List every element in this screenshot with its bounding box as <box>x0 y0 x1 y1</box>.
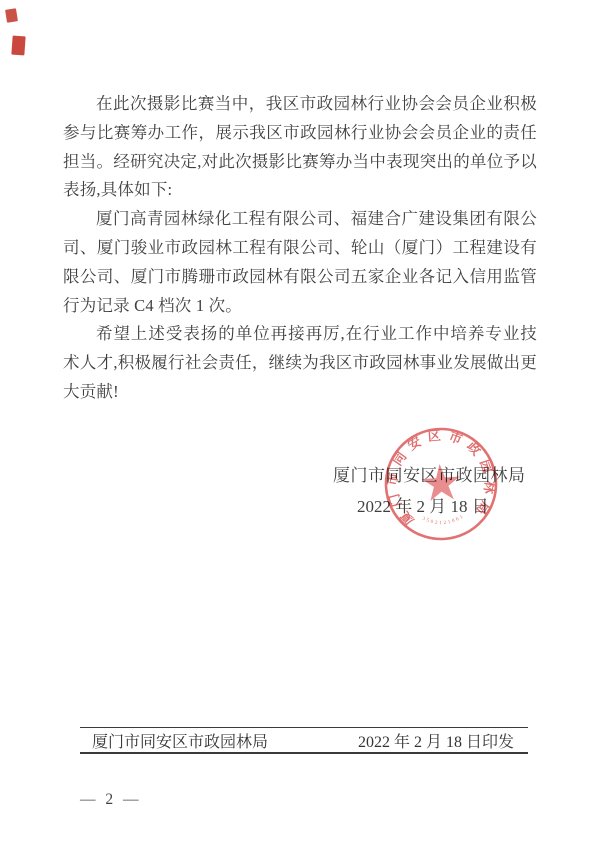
paragraph: 在此次摄影比赛当中，我区市政园林行业协会会员企业积极参与比赛筹办工作，展示我区市… <box>63 90 537 205</box>
text-line: 司、厦门骏业市政园林工程有限公司、轮山（厦门）工程建设有 <box>63 234 537 263</box>
red-ink-mark <box>11 36 25 56</box>
text-line: 在此次摄影比赛当中，我区市政园林行业协会会员企业积极 <box>63 90 537 119</box>
seal-star-icon <box>421 463 461 502</box>
text-line: 担当。经研究决定,对此次摄影比赛筹办当中表现突出的单位予以 <box>63 148 537 177</box>
text-line: 表扬,具体如下: <box>63 176 537 205</box>
svg-text:3502121861: 3502121861 <box>421 514 466 528</box>
text-line: 限公司、厦门市腾珊市政园林有限公司五家企业各记入信用监管 <box>63 263 537 292</box>
text-line: 行为记录 C4 档次 1 次。 <box>63 292 537 321</box>
text-line: 参与比赛筹办工作，展示我区市政园林行业协会会员企业的责任 <box>63 119 537 148</box>
official-seal: 厦门市同安区市政园林局 3502121861 <box>377 420 505 548</box>
footer-issue-date: 2022 年 2 月 18 日印发 <box>358 729 514 752</box>
text-line: 大贡献! <box>63 378 537 407</box>
text-line: 希望上述受表扬的单位再接再厉,在行业工作中培养专业技 <box>63 320 537 349</box>
paragraph: 希望上述受表扬的单位再接再厉,在行业工作中培养专业技术人才,积极履行社会责任，继… <box>63 320 537 406</box>
footer-bar: 厦门市同安区市政园林局 2022 年 2 月 18 日印发 <box>80 727 528 754</box>
text-line: 厦门高青园林绿化工程有限公司、福建合广建设集团有限公 <box>63 205 537 234</box>
page-number: — 2 — <box>80 791 142 809</box>
red-ink-mark <box>5 8 18 23</box>
document-page: 在此次摄影比赛当中，我区市政园林行业协会会员企业积极参与比赛筹办工作，展示我区市… <box>0 0 600 848</box>
letter-body: 在此次摄影比赛当中，我区市政园林行业协会会员企业积极参与比赛筹办工作，展示我区市… <box>63 90 537 407</box>
paragraph: 厦门高青园林绿化工程有限公司、福建合广建设集团有限公司、厦门骏业市政园林工程有限… <box>63 205 537 320</box>
footer-issuer: 厦门市同安区市政园林局 <box>92 729 268 752</box>
text-line: 术人才,积极履行社会责任，继续为我区市政园林事业发展做出更 <box>63 349 537 378</box>
seal-serial-number: 3502121861 <box>421 514 466 528</box>
